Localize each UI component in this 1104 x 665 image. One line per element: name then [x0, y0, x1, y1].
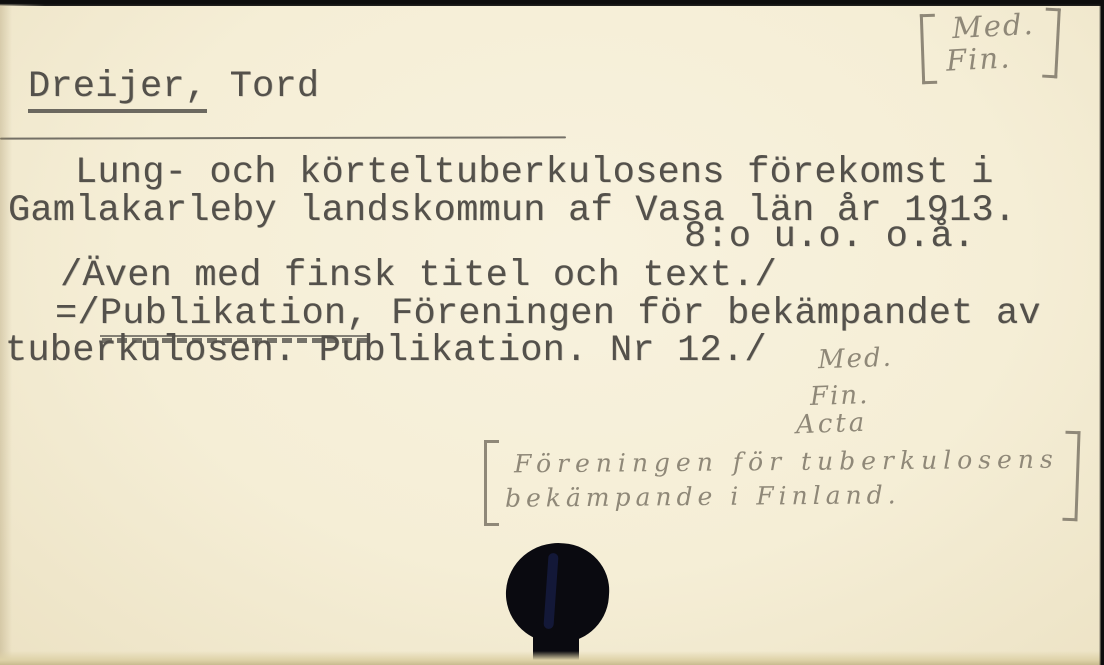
scan-edge-bottom	[0, 651, 1104, 665]
scan-edge-top	[0, 0, 1104, 6]
scanned-catalog-card: Dreijer, Tord Lung- och körteltuberkulos…	[0, 0, 1104, 665]
top-right-annotation-line-2: Fin.	[945, 40, 1012, 77]
title-line-1: Lung- och körteltuberkulosens förekomst …	[75, 155, 994, 192]
top-right-right-bracket	[1042, 8, 1061, 79]
bottom-left-bracket	[484, 440, 499, 526]
author-forename: Tord	[207, 66, 319, 108]
author-heading: Dreijer, Tord	[28, 69, 319, 106]
mid-right-annotation-line-1: Med.	[817, 343, 893, 376]
bottom-right-bracket	[1062, 431, 1080, 521]
format-line: 8:o u.o. o.å.	[684, 219, 975, 256]
scan-edge-right	[1099, 0, 1104, 665]
series-line-1: =/Publikation, Föreningen för bekämpande…	[55, 296, 1041, 333]
series-prefix: =/	[55, 293, 100, 335]
top-right-annotation-line-1: Med.	[951, 7, 1035, 45]
series-line-1-rest: Föreningen för bekämpandet av	[369, 293, 1041, 335]
mid-right-annotation-line-3: Acta	[795, 408, 867, 440]
series-line-2: tuberkulosen. Publikation. Nr 12./	[5, 333, 767, 370]
author-surname: Dreijer,	[28, 66, 207, 113]
scan-edge-left	[0, 0, 12, 665]
bottom-annotation-line-1: Föreningen för tuberkulosens	[514, 445, 1059, 479]
language-note-line: /Även med finsk titel och text./	[60, 258, 777, 295]
bottom-annotation-line-2: bekämpande i Finland.	[505, 480, 901, 512]
top-right-left-bracket	[920, 14, 937, 84]
heading-divider-line	[0, 136, 566, 139]
card-surface: Dreijer, Tord Lung- och körteltuberkulos…	[0, 0, 1104, 665]
